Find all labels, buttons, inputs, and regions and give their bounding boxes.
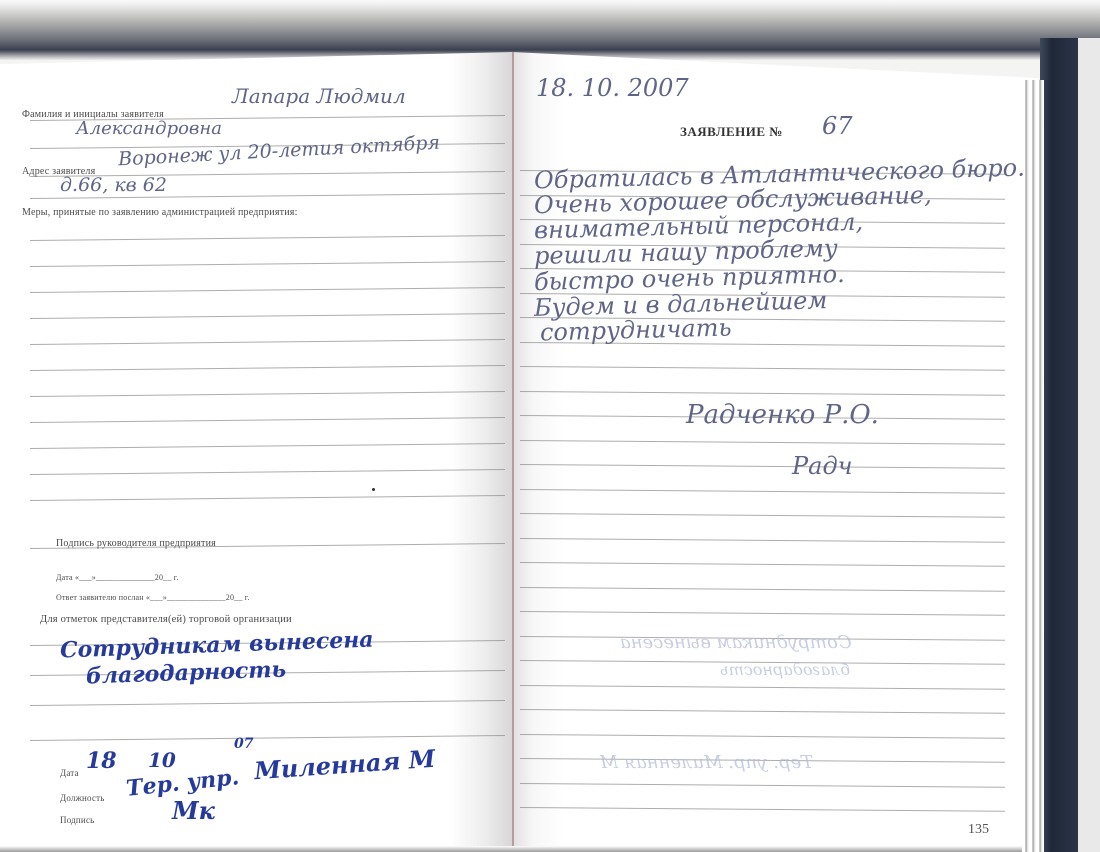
manager-signature-label: Подпись руководителя предприятия bbox=[56, 538, 216, 549]
position-label: Должность bbox=[60, 793, 105, 803]
statement-date: 18. 10. 2007 bbox=[536, 74, 689, 102]
representative-notes-label: Для отметок представителя(ей) торговой о… bbox=[40, 614, 292, 625]
statement-signer-name: Радченко Р.О. bbox=[686, 400, 879, 430]
background-edge bbox=[1078, 38, 1100, 852]
statement-number: 67 bbox=[822, 112, 853, 140]
bottom-date-day: 18 bbox=[86, 748, 117, 774]
measures-label: Меры, принятые по заявлению администраци… bbox=[22, 207, 298, 218]
book-cover-top bbox=[0, 0, 1100, 60]
bleed-through-text-1: Сотрудникам вынесена bbox=[620, 632, 852, 653]
applicant-address-value-2: д.66, кв 62 bbox=[60, 174, 167, 196]
bleed-through-text-2: благодарность bbox=[720, 660, 850, 679]
statement-body-line: сотрудничать bbox=[540, 313, 732, 346]
statement-signature: Радч bbox=[792, 452, 853, 480]
book-spine bbox=[512, 52, 514, 852]
signature-value: Мк bbox=[172, 796, 215, 825]
page-number: 135 bbox=[968, 822, 989, 838]
ink-speck bbox=[372, 488, 375, 491]
bleed-through-text-3: Тер. упр. Миленная М bbox=[600, 752, 813, 773]
applicant-name-value-2: Александровна bbox=[76, 118, 222, 139]
book-cover-right bbox=[1040, 38, 1078, 852]
page-stack-edges bbox=[1022, 80, 1044, 852]
statement-title: ЗАЯВЛЕНИЕ № bbox=[680, 124, 783, 140]
date-label: Дата «___»______________20__ г. bbox=[56, 573, 179, 582]
reply-sent-label: Ответ заявителю послан «___»____________… bbox=[56, 593, 250, 602]
bottom-date-label: Дата bbox=[60, 768, 79, 778]
applicant-name-value: Лапара Людмил bbox=[232, 84, 406, 108]
bottom-date-year: 07 bbox=[234, 736, 253, 752]
bottom-shadow bbox=[0, 846, 1022, 852]
signature-label: Подпись bbox=[60, 815, 94, 825]
bottom-date-month: 10 bbox=[148, 748, 176, 772]
